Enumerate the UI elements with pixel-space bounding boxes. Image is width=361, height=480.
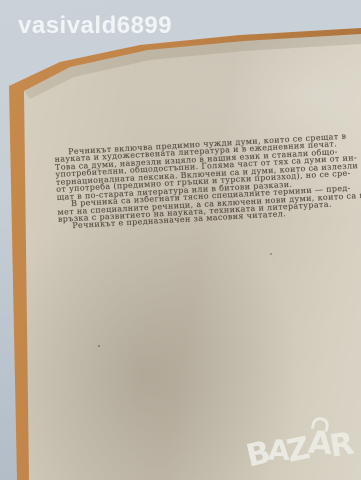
paper-speck bbox=[270, 253, 272, 255]
page-paragraphs: Речникът включва предимно чужди думи, ко… bbox=[54, 132, 361, 231]
paper-speck bbox=[312, 168, 314, 170]
listing-photo: Речникът включва предимно чужди думи, ко… bbox=[0, 0, 361, 480]
seller-username-watermark: vasivald6899 bbox=[18, 12, 172, 40]
paper-speck bbox=[98, 345, 100, 347]
logo-letter: R bbox=[327, 426, 354, 465]
